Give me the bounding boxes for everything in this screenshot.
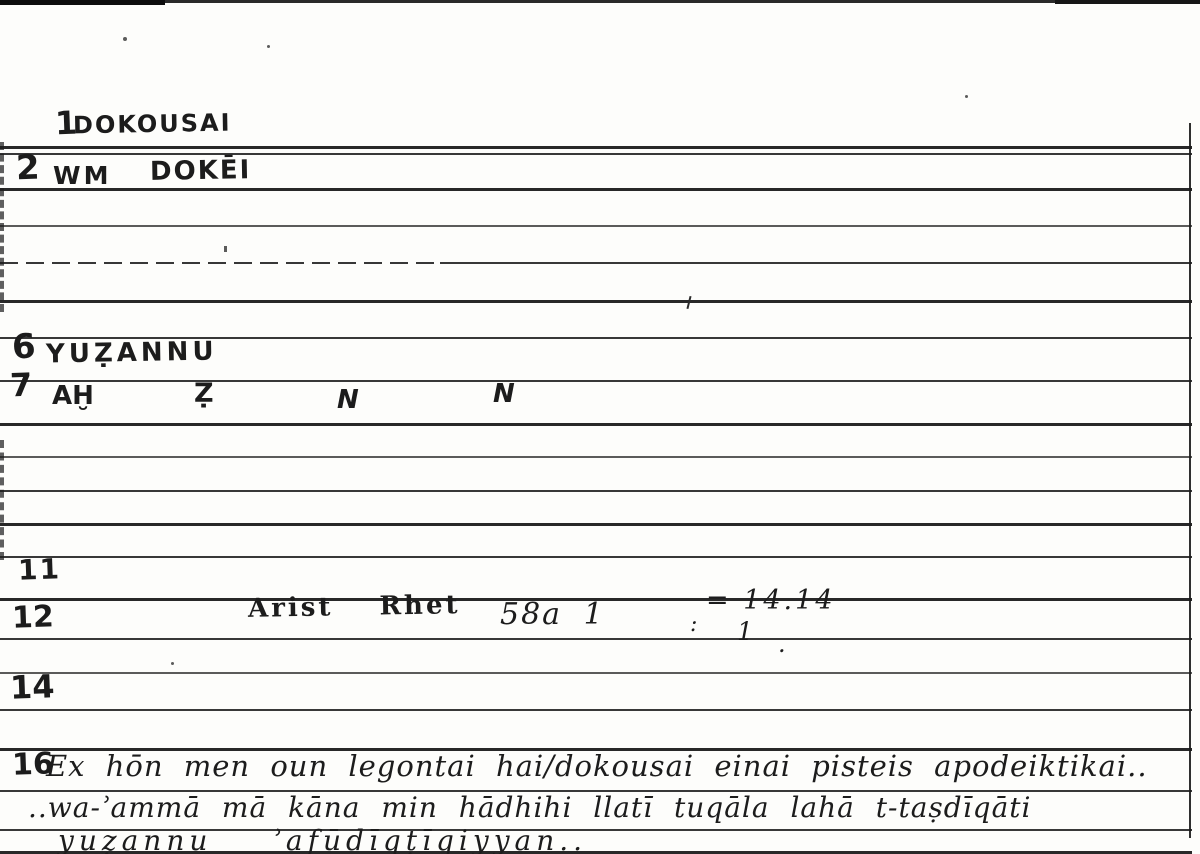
line14-number: 14 bbox=[9, 667, 55, 707]
top-edge-line-thick bbox=[0, 0, 165, 5]
top-edge-line bbox=[0, 0, 1200, 3]
ruled-line bbox=[0, 556, 1192, 558]
ruled-line bbox=[0, 423, 1192, 426]
line2-number: 2 bbox=[15, 148, 40, 189]
line17-arabic-transliteration: ..wa-ʾammā mā kāna min hādhihi llatī tuq… bbox=[28, 791, 1031, 824]
line2-word-dokei: DOKĒI bbox=[150, 155, 252, 187]
line18-arabic-transliteration: yuẓannu ʾafūdīqṭīqiyyan.. bbox=[58, 824, 587, 854]
ruled-line bbox=[0, 380, 1192, 382]
scan-speck bbox=[224, 246, 227, 252]
line2-word-wm: WM bbox=[53, 161, 111, 190]
right-border-line bbox=[1189, 123, 1191, 838]
notecard-scan: 1 DOKOUSAI 2 WM DOKĒI 6 YUẒANNU 7 AḪ Ẓ N… bbox=[0, 0, 1200, 854]
left-edge-marks bbox=[0, 142, 8, 312]
ruled-line bbox=[0, 225, 1192, 227]
line7-number: 7 bbox=[9, 366, 33, 405]
line12-locus: 58a 1 bbox=[500, 597, 605, 632]
scan-speck bbox=[171, 662, 174, 665]
ruled-line bbox=[0, 490, 1192, 492]
line12-colon-mark: : bbox=[690, 612, 697, 637]
scan-speck bbox=[267, 45, 270, 48]
line6-entry-yuzannu: YUẒANNU bbox=[46, 337, 218, 370]
ruled-line bbox=[0, 638, 1192, 640]
line1-entry-dokousai: DOKOUSAI bbox=[73, 109, 232, 140]
line6-number: 6 bbox=[11, 327, 36, 368]
line16-greek-transliteration: Ex hōn men oun legontai hai/dokousai ein… bbox=[46, 749, 1148, 783]
left-edge-marks bbox=[0, 440, 8, 560]
line12-equation: = 14.14 bbox=[706, 585, 836, 616]
ruled-line bbox=[0, 146, 1192, 149]
line7-item-ah: AḪ bbox=[52, 381, 94, 411]
line7-item-z: Ẓ bbox=[194, 378, 214, 409]
line12-dot: . bbox=[778, 630, 786, 658]
ruled-line bbox=[0, 188, 1192, 191]
line12-citation: Arist Rhet bbox=[248, 590, 461, 624]
ruled-line bbox=[0, 523, 1192, 526]
line7-item-n1: N bbox=[337, 385, 359, 415]
line12-number: 12 bbox=[11, 599, 54, 635]
line7-item-n2: N bbox=[493, 379, 515, 409]
line12-line-ref: 1 bbox=[737, 617, 753, 646]
scan-speck bbox=[123, 37, 127, 41]
line11-number: 11 bbox=[17, 552, 61, 586]
ruled-line bbox=[0, 456, 1192, 458]
ruled-line bbox=[0, 672, 1192, 674]
ruled-line bbox=[0, 709, 1192, 711]
top-edge-line-right bbox=[1055, 0, 1200, 4]
ruled-line bbox=[440, 262, 1192, 264]
scan-speck bbox=[965, 95, 968, 98]
ruled-line bbox=[0, 262, 440, 264]
ruled-line bbox=[0, 300, 1192, 303]
ruled-line bbox=[0, 153, 1192, 155]
